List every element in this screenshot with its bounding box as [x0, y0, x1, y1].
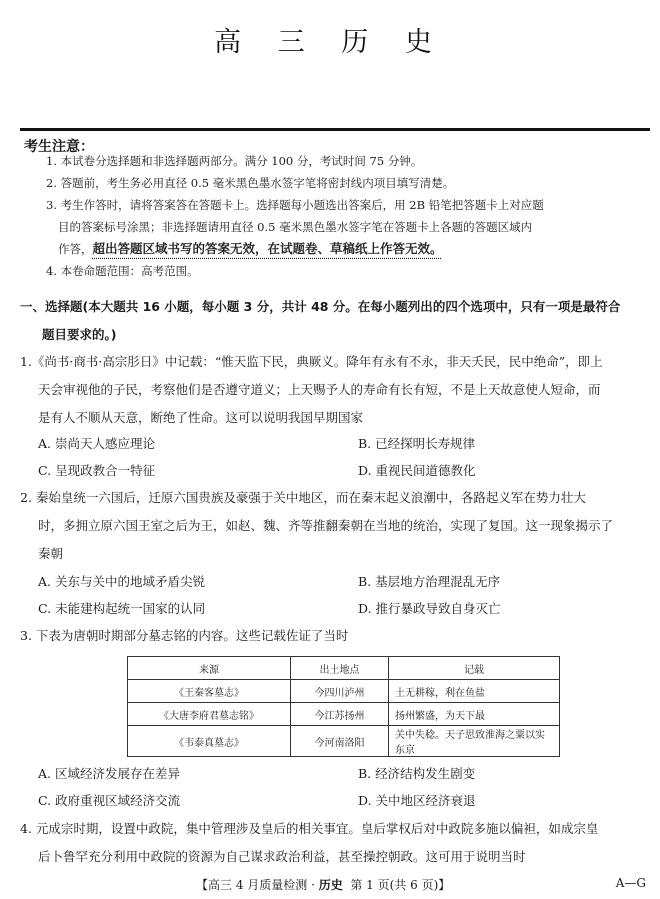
notice-item-3: 3. 考生作答时，请将答案答在答题卡上。选择题每小题选出答案后，用 2B 铅笔把…	[46, 194, 650, 216]
question-4-line-2: 后卜鲁罕充分利用中政院的资源为自己谋求政治利益，甚至操控朝政。这可用于说明当时	[38, 843, 660, 871]
question-2-option-b[interactable]: B. 基层地方治理混乱无序	[358, 572, 500, 592]
footer-exam-name: 【高三 4 月质量检测 ·	[196, 878, 319, 892]
table-cell: 土无耕稼，利在鱼盐	[389, 680, 560, 703]
footer-page-number: 第 1 页(共 6 页)】	[343, 878, 451, 892]
table-cell: 今江苏扬州	[291, 703, 389, 726]
question-2-option-a[interactable]: A. 关东与关中的地域矛盾尖锐	[38, 572, 205, 592]
table-cell: 今河南洛阳	[291, 726, 389, 757]
footer-page-info: 【高三 4 月质量检测 · 历史 第 1 页(共 6 页)】	[196, 876, 450, 893]
section-heading-cont: 题目要求的。)	[42, 320, 660, 350]
question-2-line-3: 秦朝	[38, 540, 660, 568]
question-4-line-1: 4. 元成宗时期，设置中政院，集中管理涉及皇后的相关事宜。皇后掌权后对中政院多施…	[20, 815, 652, 843]
question-1-option-d[interactable]: D. 重视民间道德教化	[358, 461, 476, 481]
question-1-option-b[interactable]: B. 已经探明长寿规律	[358, 434, 475, 454]
table-row: 《大唐李府君墓志铭》 今江苏扬州 扬州繁盛，为天下最	[128, 703, 560, 726]
footer-paper-code: A—G	[616, 876, 646, 890]
table-header-row: 来源 出土地点 记载	[128, 657, 560, 680]
footer-subject: 历史	[319, 878, 343, 892]
table-row: 《王秦客墓志》 今四川泸州 土无耕稼，利在鱼盐	[128, 680, 560, 703]
question-1-option-a[interactable]: A. 崇尚天人感应理论	[38, 434, 155, 454]
question-2-option-c[interactable]: C. 未能建构起统一国家的认同	[38, 599, 205, 619]
notice-item-3-end: 作答，超出答题区域书写的答案无效，在试题卷、草稿纸上作答无效。	[58, 238, 660, 260]
table-cell: 《王秦客墓志》	[128, 680, 291, 703]
question-1-line-2: 天会审视他的子民，考察他们是否遵守道义；上天赐予人的寿命有长有短，不是上天故意使…	[38, 376, 660, 404]
table-cell: 扬州繁盛，为天下最	[389, 703, 560, 726]
header-divider	[20, 128, 650, 131]
notice-emphasis: 超出答题区域书写的答案无效，在试题卷、草稿纸上作答无效。	[93, 241, 443, 256]
table-header-location: 出土地点	[291, 657, 389, 680]
table-cell: 关中失稔。天子思致淮海之粟以实东京	[389, 726, 560, 757]
table-row: 《韦泰真墓志》 今河南洛阳 关中失稔。天子思致淮海之粟以实东京	[128, 726, 560, 757]
tomb-inscription-table: 来源 出土地点 记载 《王秦客墓志》 今四川泸州 土无耕稼，利在鱼盐 《大唐李府…	[127, 656, 560, 757]
question-3-option-b[interactable]: B. 经济结构发生剧变	[358, 764, 475, 784]
table-header-record: 记载	[389, 657, 560, 680]
question-2-option-d[interactable]: D. 推行暴政导致自身灭亡	[358, 599, 501, 619]
question-3-option-c[interactable]: C. 政府重视区域经济交流	[38, 791, 180, 811]
question-1-line-1: 1.《尚书·商书·高宗肜日》中记载：“惟天监下民，典厥义。降年有永有不永，非天夭…	[20, 348, 652, 376]
notice-item-2: 2. 答题前，考生务必用直径 0.5 毫米黑色墨水签字笔将密封线内项目填写清楚。	[46, 172, 650, 194]
question-3-option-d[interactable]: D. 关中地区经济衰退	[358, 791, 476, 811]
section-heading: 一、选择题(本大题共 16 小题，每小题 3 分，共计 48 分。在每小题列出的…	[20, 292, 652, 322]
notice-item-3-cont: 目的答案标号涂黑；非选择题请用直径 0.5 毫米黑色墨水签字笔在答题卡上各题的答…	[58, 216, 660, 238]
question-3-line-1: 3. 下表为唐朝时期部分墓志铭的内容。这些记载佐证了当时	[20, 622, 652, 650]
question-2-line-2: 时，多拥立原六国王室之后为王，如赵、魏、齐等推翻秦朝在当地的统治，实现了复国。这…	[38, 512, 660, 540]
table-cell: 《韦泰真墓志》	[128, 726, 291, 757]
table-cell: 《大唐李府君墓志铭》	[128, 703, 291, 726]
question-3-option-a[interactable]: A. 区域经济发展存在差异	[38, 764, 180, 784]
page-title: 高 三 历 史	[0, 20, 660, 59]
notice-item-1: 1. 本试卷分选择题和非选择题两部分。满分 100 分，考试时间 75 分钟。	[46, 150, 650, 172]
notice-item-3-prefix: 作答，	[58, 242, 93, 256]
table-cell: 今四川泸州	[291, 680, 389, 703]
question-2-line-1: 2. 秦始皇统一六国后，迁原六国贵族及豪强于关中地区，而在秦末起义浪潮中，各路起…	[20, 484, 652, 512]
question-1-option-c[interactable]: C. 呈现政教合一特征	[38, 461, 155, 481]
table-header-source: 来源	[128, 657, 291, 680]
question-1-line-3: 是有人不顺从天意，断绝了性命。这可以说明我国早期国家	[38, 404, 660, 432]
notice-item-4: 4. 本卷命题范围：高考范围。	[46, 260, 650, 282]
